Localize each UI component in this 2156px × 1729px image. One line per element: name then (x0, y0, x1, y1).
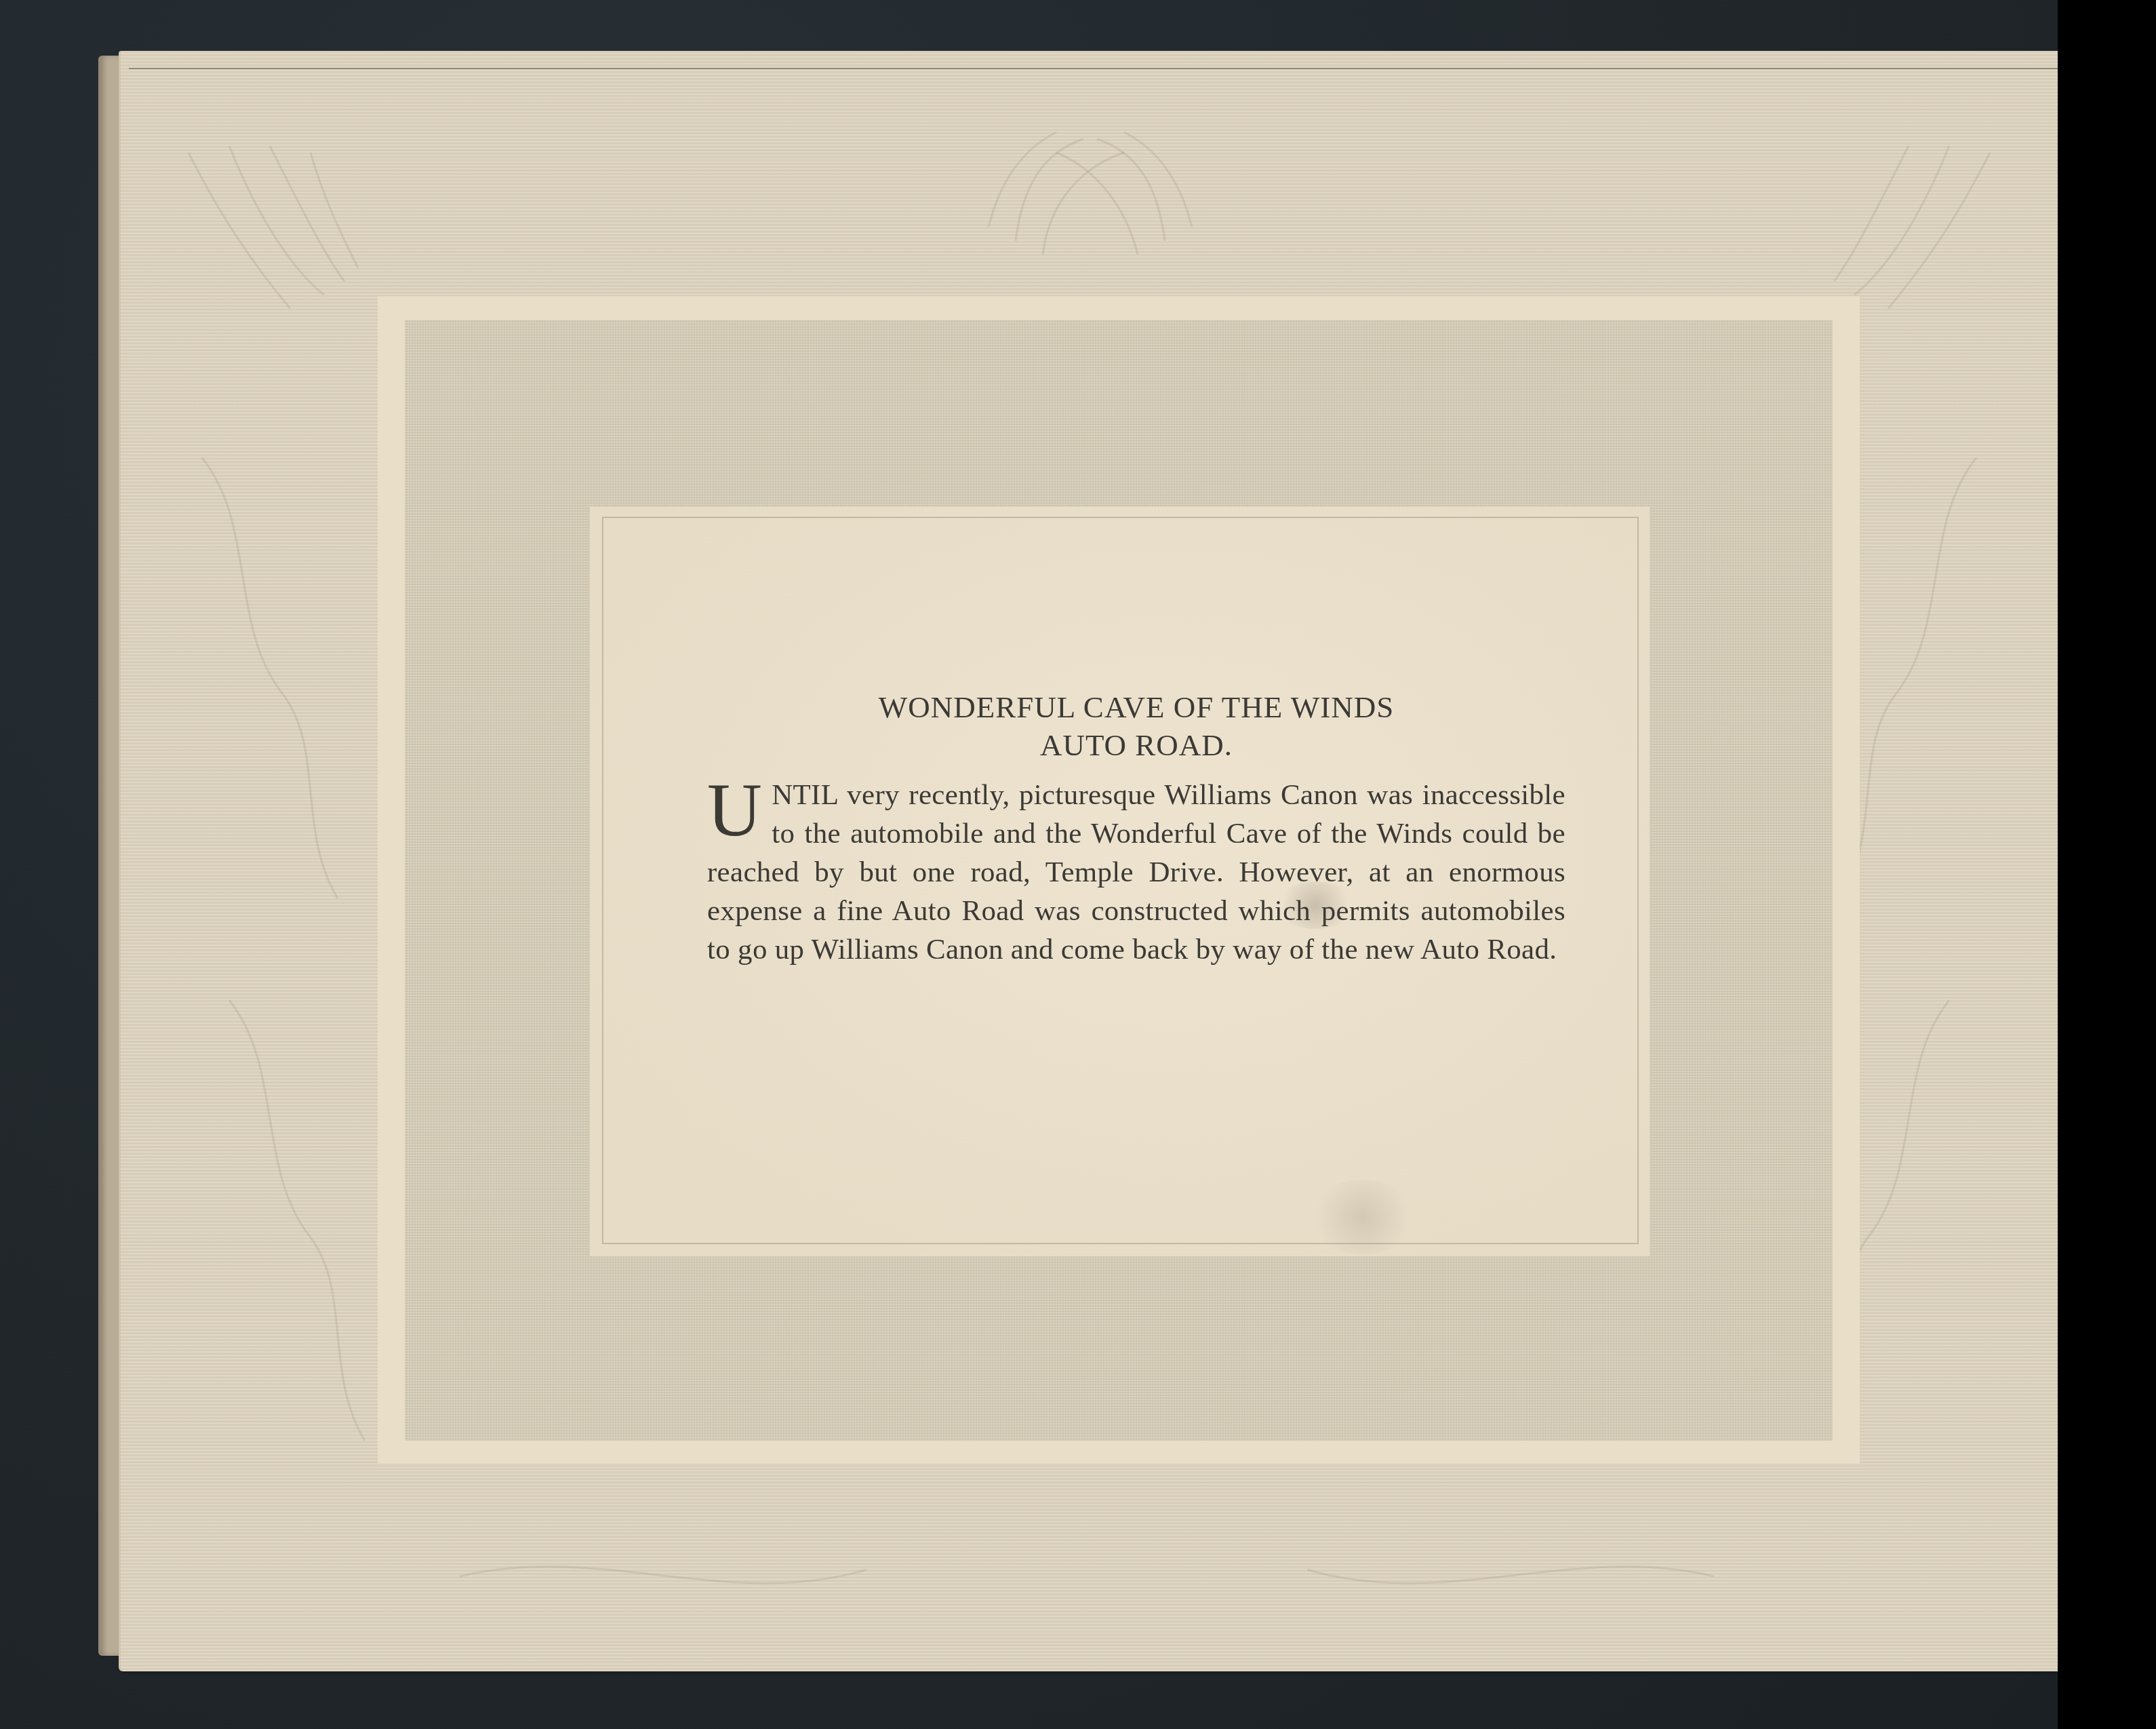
article-title: WONDERFUL CAVE OF THE WINDS AUTO ROAD. (707, 688, 1565, 764)
page-top-edge-line (129, 68, 2058, 69)
article-title-line-1: WONDERFUL CAVE OF THE WINDS (707, 688, 1565, 726)
drop-cap: U (707, 780, 762, 845)
article: WONDERFUL CAVE OF THE WINDS AUTO ROAD. U… (707, 688, 1565, 969)
article-body: UNTIL very recently, picturesque William… (707, 776, 1565, 969)
lead-word: NTIL (772, 779, 838, 811)
paper-smudge (1309, 1180, 1417, 1254)
article-title-line-2: AUTO ROAD. (707, 726, 1565, 764)
scan-black-edge (2058, 0, 2156, 1729)
